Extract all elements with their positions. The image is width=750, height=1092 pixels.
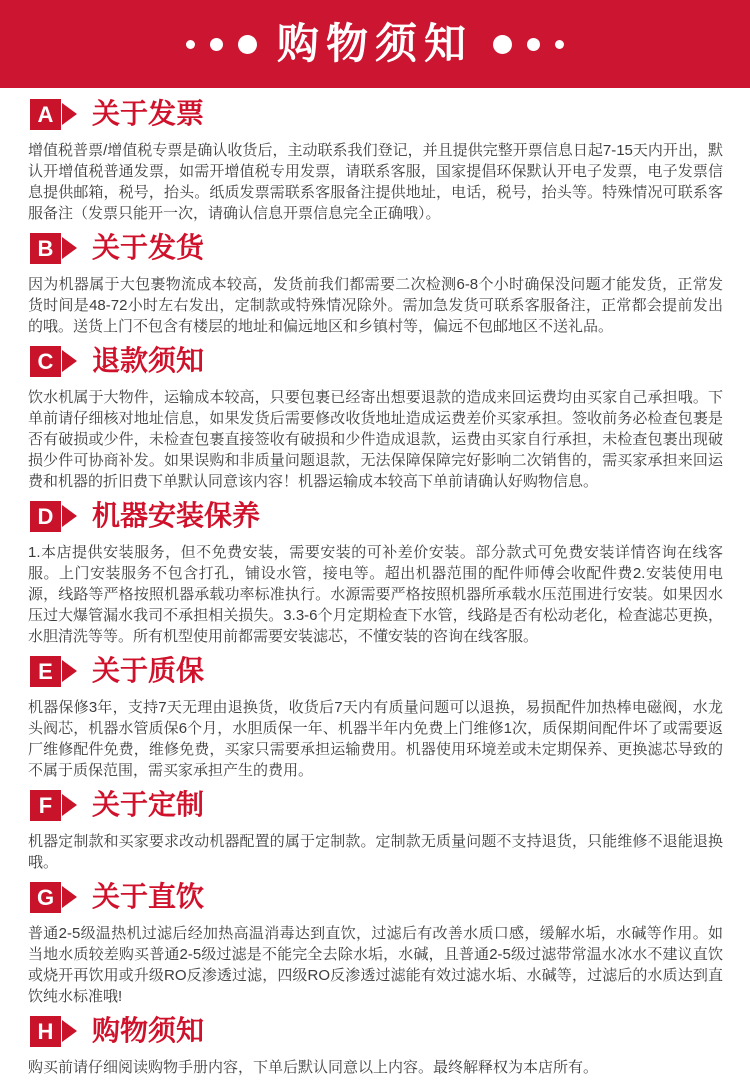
notice-section: B 关于发货 因为机器属于大包裹物流成本较高，发货前我们都需要二次检测6-8个小… [0,231,750,337]
section-letter-badge: A [30,99,77,130]
dot-icon [210,38,223,51]
notice-section: A 关于发票 增值税普票/增值税专票是确认收货后，主动联系我们登记，并且提供完整… [0,97,750,224]
section-title: 机器安装保养 [92,502,260,530]
section-heading: A 关于发票 [30,97,722,131]
section-heading: D 机器安装保养 [30,499,722,533]
dot-icon [238,35,257,54]
section-letter-badge: H [30,1016,77,1047]
arrow-right-icon [62,1020,77,1042]
dot-icon [555,40,564,49]
section-letter-badge: G [30,882,77,913]
arrow-right-icon [62,237,77,259]
section-letter-badge: F [30,790,77,821]
section-letter-badge: D [30,501,77,532]
notice-section: H 购物须知 购买前请仔细阅读购物手册内容，下单后默认同意以上内容。最终解释权为… [0,1014,750,1078]
section-heading: H 购物须知 [30,1014,722,1048]
section-title: 关于发货 [92,234,204,262]
section-letter: F [30,790,61,821]
section-text: 因为机器属于大包裹物流成本较高，发货前我们都需要二次检测6-8个小时确保没问题才… [28,274,723,337]
section-title: 关于质保 [92,657,204,685]
section-letter: G [30,882,61,913]
section-letter: E [30,656,61,687]
section-letter: H [30,1016,61,1047]
section-text: 1.本店提供安装服务，但不免费安装，需要安装的可补差价安装。部分款式可免费安装详… [28,542,723,647]
section-heading: G 关于直饮 [30,880,722,914]
shopping-notice-page: 购物须知 A 关于发票 增值税普票/增值税专票是确认收货后，主动联系我们登记，并… [0,0,750,1092]
arrow-right-icon [62,350,77,372]
section-text: 购买前请仔细阅读购物手册内容，下单后默认同意以上内容。最终解释权为本店所有。 [28,1057,723,1078]
section-letter: D [30,501,61,532]
section-heading: E 关于质保 [30,654,722,688]
arrow-right-icon [62,794,77,816]
notice-section: C 退款须知 饮水机属于大物件，运输成本较高，只要包裹已经寄出想要退款的造成来回… [0,344,750,492]
section-title: 购物须知 [92,1017,204,1045]
section-letter-badge: B [30,233,77,264]
dots-left-icon [186,35,257,54]
header-banner: 购物须知 [0,0,750,88]
notice-section: F 关于定制 机器定制款和买家要求改动机器配置的属于定制款。定制款无质量问题不支… [0,788,750,873]
notice-section: D 机器安装保养 1.本店提供安装服务，但不免费安装，需要安装的可补差价安装。部… [0,499,750,647]
section-text: 普通2-5级温热机过滤后经加热高温消毒达到直饮，过滤后有改善水质口感，缓解水垢，… [28,923,723,1007]
section-title: 关于直饮 [92,883,204,911]
arrow-right-icon [62,886,77,908]
section-text: 饮水机属于大物件，运输成本较高，只要包裹已经寄出想要退款的造成来回运费均由买家自… [28,387,723,492]
arrow-right-icon [62,660,77,682]
section-title: 退款须知 [92,347,204,375]
arrow-right-icon [62,103,77,125]
section-text: 增值税普票/增值税专票是确认收货后，主动联系我们登记，并且提供完整开票信息日起7… [28,140,723,224]
arrow-right-icon [62,505,77,527]
section-letter-badge: E [30,656,77,687]
section-title: 关于定制 [92,791,204,819]
section-letter: B [30,233,61,264]
section-title: 关于发票 [92,100,204,128]
dot-icon [527,38,540,51]
section-heading: F 关于定制 [30,788,722,822]
dot-icon [493,35,512,54]
notice-section: G 关于直饮 普通2-5级温热机过滤后经加热高温消毒达到直饮，过滤后有改善水质口… [0,880,750,1007]
section-letter: A [30,99,61,130]
dots-right-icon [493,35,564,54]
section-heading: C 退款须知 [30,344,722,378]
sections-list: A 关于发票 增值税普票/增值税专票是确认收货后，主动联系我们登记，并且提供完整… [0,88,750,1092]
page-title: 购物须知 [277,23,473,65]
section-text: 机器保修3年，支持7天无理由退换货，收货后7天内有质量问题可以退换，易损配件加热… [28,697,723,781]
notice-section: E 关于质保 机器保修3年，支持7天无理由退换货，收货后7天内有质量问题可以退换… [0,654,750,781]
section-letter: C [30,346,61,377]
section-heading: B 关于发货 [30,231,722,265]
dot-icon [186,40,195,49]
section-letter-badge: C [30,346,77,377]
section-text: 机器定制款和买家要求改动机器配置的属于定制款。定制款无质量问题不支持退货，只能维… [28,831,723,873]
